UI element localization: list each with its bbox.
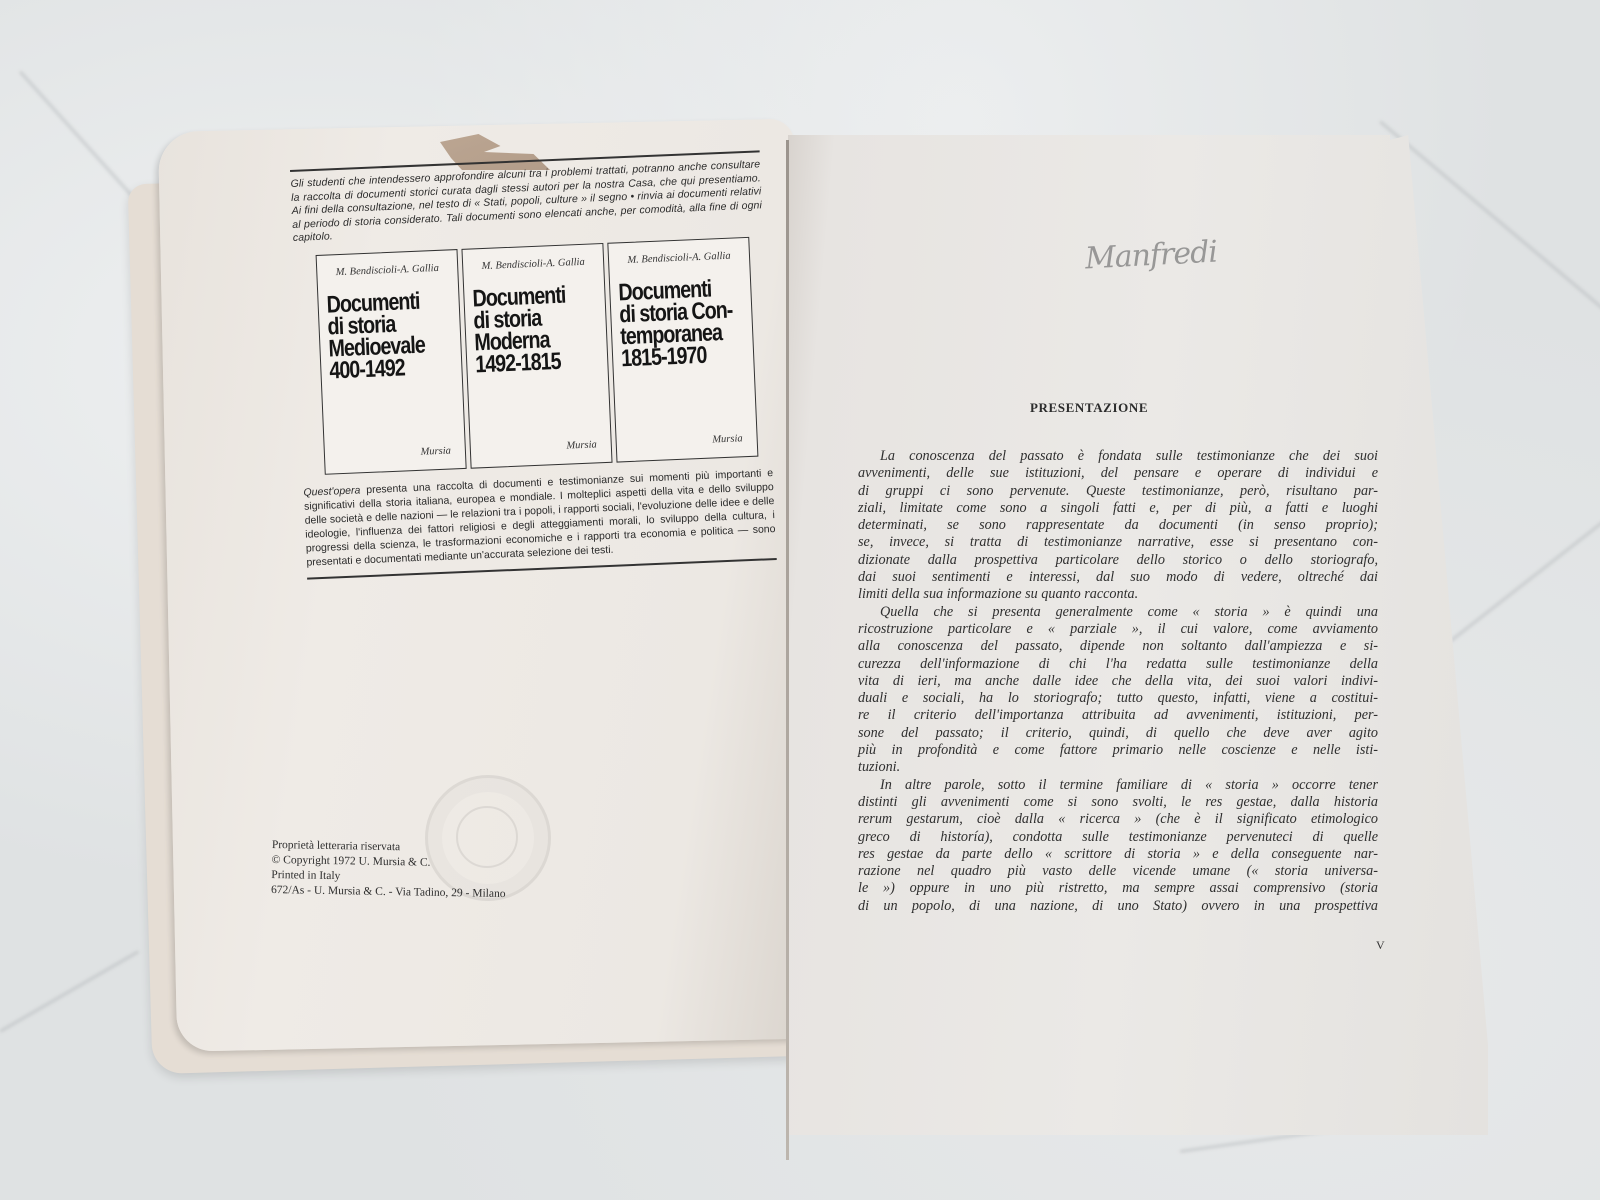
body-line: duali e sociali, ha lo storiografo; tutt…	[858, 690, 1378, 707]
body-line: curezza dell'informazione di chi l'ha re…	[858, 656, 1378, 673]
body-line: rerum gestarum, cioè dalla « ricerca » (…	[858, 811, 1378, 828]
body-line: greco di historía), condotta sulle testi…	[858, 829, 1378, 846]
body-line: ziali, limitate come sono a singoli fatt…	[858, 500, 1378, 517]
body-line: le ») oppure in uno più ristretto, ma se…	[858, 880, 1378, 897]
cover-title-line: 1492-1815	[475, 349, 599, 376]
body-line: razione nel quadro più vasto delle vicen…	[858, 863, 1378, 880]
cover-publisher: Mursia	[712, 433, 743, 445]
cover-publisher: Mursia	[566, 439, 597, 451]
body-line: ricostruzione particolare e « parziale »…	[858, 621, 1378, 638]
blanket-seam	[1449, 517, 1600, 642]
body-line: determinati, se sono rappresentate da do…	[858, 517, 1378, 534]
cover-publisher: Mursia	[420, 445, 451, 457]
description-lead: Quest'opera	[303, 484, 360, 498]
body-line: La conoscenza del passato è fondata sull…	[858, 448, 1378, 465]
cover-title: Documentidi storiaMedioevale400-1492	[326, 289, 453, 382]
body-line: più in profondità e come fattore primari…	[858, 742, 1378, 759]
left-page-content: Gli studenti che intendessero approfondi…	[290, 150, 777, 579]
body-line: dizionate dalla prospettiva particolare …	[858, 552, 1378, 569]
body-line: distinti gli avvenimenti come si sono sv…	[858, 794, 1378, 811]
body-line: di un popolo, di una nazione, di uno Sta…	[858, 898, 1378, 915]
body-line: re il criterio dell'importanza attribuit…	[858, 707, 1378, 724]
book-covers-row: M. Bendiscioli-A. GalliaDocumentidi stor…	[316, 236, 773, 475]
cover-title-line: 1815-1970	[621, 343, 745, 370]
handwritten-signature: Manfredi	[1084, 235, 1218, 277]
body-line: vita di ieri, ma anche dalle idee che de…	[858, 673, 1378, 690]
body-line: dai suoi sentimenti e interessi, dal suo…	[858, 569, 1378, 586]
intro-paragraph: Gli studenti che intendessero approfondi…	[290, 158, 762, 245]
cover-author: M. Bendiscioli-A. Gallia	[609, 249, 749, 266]
book-cover-1: M. Bendiscioli-A. GalliaDocumentidi stor…	[316, 249, 467, 475]
description-body: presenta una raccolta di documenti e tes…	[304, 467, 776, 569]
book-cover-2: M. Bendiscioli-A. GalliaDocumentidi stor…	[461, 242, 612, 468]
body-line: res gestae da parte dello « scrittore di…	[858, 846, 1378, 863]
presentation-body: La conoscenza del passato è fondata sull…	[858, 448, 1378, 915]
cover-title-line: 400-1492	[329, 355, 453, 382]
body-line: In altre parole, sotto il termine famili…	[858, 777, 1378, 794]
cover-title: Documentidi storia Con-temporanea1815-19…	[618, 277, 745, 370]
cover-title: Documentidi storiaModerna1492-1815	[472, 283, 599, 376]
cover-author: M. Bendiscioli-A. Gallia	[463, 255, 603, 272]
book-gutter	[786, 140, 789, 1160]
body-line: sone del passato; il criterio, quindi, d…	[858, 725, 1378, 742]
body-line: Quella che si presenta generalmente come…	[858, 604, 1378, 621]
body-line: limiti della sua informazione su quanto …	[858, 586, 1378, 603]
body-line: di gruppi ci sono pervenute. Queste test…	[858, 483, 1378, 500]
body-line: tuzioni.	[858, 759, 1378, 776]
book-cover-3: M. Bendiscioli-A. GalliaDocumentidi stor…	[607, 236, 758, 462]
section-title: PRESENTAZIONE	[1030, 400, 1148, 416]
body-line: avvenimenti, delle sue istituzioni, del …	[858, 465, 1378, 482]
blanket-seam	[0, 950, 139, 1033]
cover-author: M. Bendiscioli-A. Gallia	[317, 262, 457, 279]
body-line: alla conoscenza del passato, dipende non…	[858, 638, 1378, 655]
colophon: Proprietà letteraria riservata © Copyrig…	[271, 838, 506, 902]
description-paragraph: Quest'opera presenta una raccolta di doc…	[303, 466, 776, 570]
page-number: V	[1376, 938, 1385, 953]
body-line: se, invece, si tratta di testimonianze n…	[858, 534, 1378, 551]
